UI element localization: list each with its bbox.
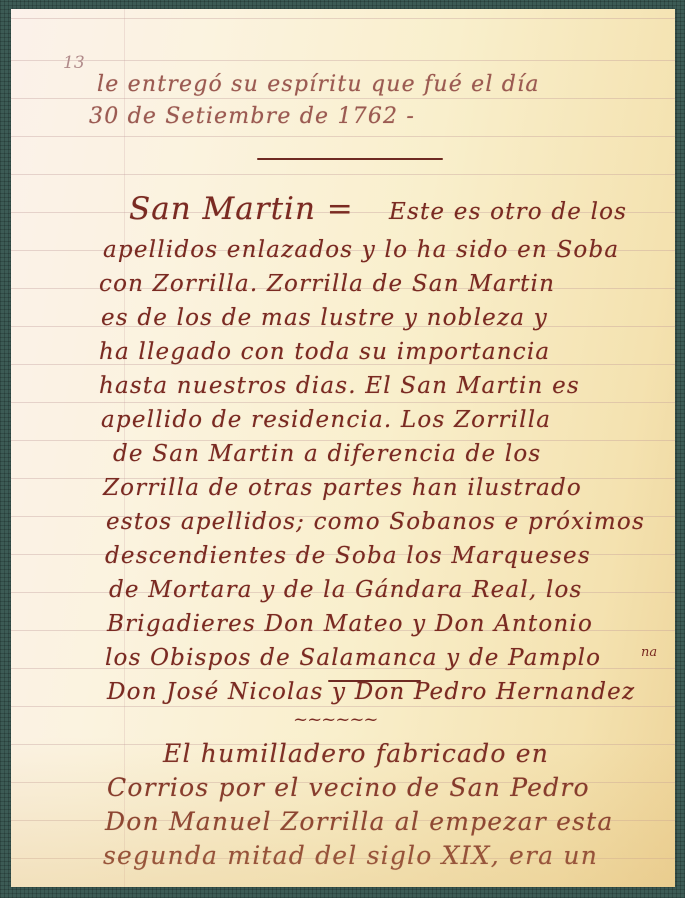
text-line: hasta nuestros dias. El San Martin es bbox=[99, 373, 580, 399]
section-divider bbox=[257, 158, 443, 160]
heading-separator: = bbox=[327, 191, 354, 227]
text-line: de Mortara y de la Gándara Real, los bbox=[109, 577, 583, 603]
text-line: Corrios por el vecino de San Pedro bbox=[107, 773, 590, 802]
text-line: segunda mitad del siglo XIX, era un bbox=[103, 841, 598, 870]
text-line: Este es otro de los bbox=[389, 199, 627, 225]
manuscript-page: 13 le entregó su espíritu que fué el día… bbox=[11, 9, 675, 887]
text-line: Don José Nicolas y Don Pedro Hernandez bbox=[107, 679, 635, 705]
text-line: El humilladero fabricado en bbox=[163, 739, 549, 768]
text-line: descendientes de Soba los Marqueses bbox=[105, 543, 591, 569]
text-line: le entregó su espíritu que fué el día bbox=[97, 72, 540, 97]
text-line: de San Martin a diferencia de los bbox=[113, 441, 541, 467]
text-line: los Obispos de Salamanca y de Pamplo bbox=[105, 645, 601, 671]
section-heading: San Martin = bbox=[129, 191, 354, 227]
text-line: apellido de residencia. Los Zorrilla bbox=[101, 407, 551, 433]
section-divider bbox=[328, 680, 421, 682]
text-line: es de los de mas lustre y nobleza y bbox=[101, 305, 548, 331]
page-number: 13 bbox=[63, 53, 85, 73]
text-line: con Zorrilla. Zorrilla de San Martin bbox=[99, 271, 555, 297]
text-line: apellidos enlazados y lo ha sido en Soba bbox=[103, 237, 619, 263]
text-line: Don Manuel Zorrilla al empezar esta bbox=[105, 807, 613, 836]
superscript-note: na bbox=[641, 645, 657, 660]
heading-title: San Martin bbox=[129, 191, 316, 227]
text-line: estos apellidos; como Sobanos e próximos bbox=[106, 509, 645, 535]
text-line: 30 de Setiembre de 1762 - bbox=[89, 104, 415, 129]
text-line: ha llegado con toda su importancia bbox=[99, 339, 550, 365]
text-line: Brigadieres Don Mateo y Don Antonio bbox=[107, 611, 593, 637]
text-line: Zorrilla de otras partes han ilustrado bbox=[103, 475, 582, 501]
ornament-divider: ~~~~~~ bbox=[293, 709, 378, 730]
